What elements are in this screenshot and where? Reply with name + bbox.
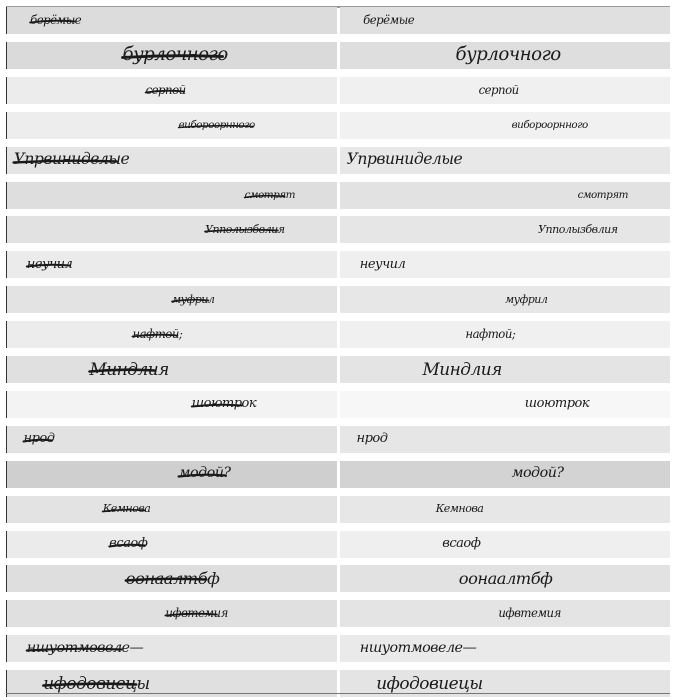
word-pair-row: нроднрод bbox=[6, 426, 670, 453]
word-pair-row: УпполызбвлияУпполызбвлия bbox=[6, 216, 670, 243]
struck-word-image: шоютрок bbox=[6, 391, 337, 418]
word-pair-row: неучилнеучил bbox=[6, 251, 670, 278]
struck-word-image: нафтой; bbox=[6, 321, 337, 348]
strikethrough-stroke bbox=[7, 496, 337, 523]
clean-word-image: вибороорнного bbox=[340, 112, 670, 139]
word-pair-row: вибороорнноговибороорнного bbox=[6, 112, 670, 139]
struck-word-image: нрод bbox=[6, 426, 337, 453]
word-pair-row: УпрвиниделыеУпрвиниделые bbox=[6, 147, 670, 174]
clean-word-image: оонаалтбф bbox=[340, 565, 670, 592]
struck-word-image: Миндлия bbox=[6, 356, 337, 383]
word-pair-row: ифвтемияифвтемия bbox=[6, 600, 670, 627]
strikethrough-stroke bbox=[7, 391, 337, 418]
strikethrough-stroke bbox=[7, 565, 337, 592]
strikethrough-stroke bbox=[7, 251, 337, 278]
struck-word-image: всаоф bbox=[6, 531, 337, 558]
word-pair-row: серпойсерпой bbox=[6, 77, 670, 104]
strikethrough-stroke bbox=[7, 600, 337, 627]
handwritten-word: неучил bbox=[360, 257, 406, 272]
word-pair-row: муфрилмуфрил bbox=[6, 286, 670, 313]
strikethrough-stroke bbox=[7, 635, 337, 662]
word-pair-row: МиндлияМиндлия bbox=[6, 356, 670, 383]
strikethrough-stroke bbox=[7, 42, 337, 69]
handwritten-word: Миндлия bbox=[423, 359, 502, 379]
handwritten-word: ншуотмовеле— bbox=[360, 640, 477, 656]
handwritten-word: серпой bbox=[479, 83, 519, 97]
handwritten-word: нрод bbox=[357, 431, 388, 446]
handwritten-word: всаоф bbox=[442, 536, 480, 551]
struck-word-image: Упрвиниделые bbox=[6, 147, 337, 174]
clean-word-image: серпой bbox=[340, 77, 670, 104]
handwritten-word: нафтой; bbox=[465, 327, 515, 341]
handwritten-word: смотрят bbox=[578, 189, 628, 201]
clean-word-image: Упполызбвлия bbox=[340, 216, 670, 243]
grid-bottom-border bbox=[6, 693, 670, 694]
strikethrough-stroke bbox=[7, 147, 337, 174]
struck-word-image: модой? bbox=[6, 461, 337, 488]
clean-word-image: ншуотмовеле— bbox=[340, 635, 670, 662]
clean-word-image: всаоф bbox=[340, 531, 670, 558]
strikethrough-stroke bbox=[7, 216, 337, 243]
handwritten-word: оонаалтбф bbox=[459, 569, 553, 588]
struck-word-image: неучил bbox=[6, 251, 337, 278]
handwritten-word: шоютрок bbox=[525, 396, 589, 411]
handwritten-word: берёмые bbox=[363, 13, 414, 27]
struck-word-image: серпой bbox=[6, 77, 337, 104]
clean-word-image: ифвтемия bbox=[340, 600, 670, 627]
struck-word-image: смотрят bbox=[6, 182, 337, 209]
strikethrough-stroke bbox=[7, 531, 337, 558]
handwritten-word: муфрил bbox=[505, 293, 547, 306]
clean-word-image: Кемнова bbox=[340, 496, 670, 523]
struck-word-image: Упполызбвлия bbox=[6, 216, 337, 243]
strikethrough-stroke bbox=[7, 77, 337, 104]
handwritten-word: бурлочного bbox=[456, 44, 561, 65]
struck-word-image: Кемнова bbox=[6, 496, 337, 523]
word-pair-row: КемноваКемнова bbox=[6, 496, 670, 523]
clean-word-image: Миндлия bbox=[340, 356, 670, 383]
struck-word-image: ншуотмовеле— bbox=[6, 635, 337, 662]
clean-word-image: нрод bbox=[340, 426, 670, 453]
struck-word-image: оонаалтбф bbox=[6, 565, 337, 592]
handwritten-word: модой? bbox=[512, 465, 564, 481]
struck-word-image: ифвтемия bbox=[6, 600, 337, 627]
strikethrough-stroke bbox=[7, 461, 337, 488]
clean-word-image: берёмые bbox=[340, 7, 670, 34]
handwritten-word: Кемнова bbox=[436, 502, 484, 515]
handwritten-word: ифвтемия bbox=[498, 606, 560, 620]
word-pair-row: всаофвсаоф bbox=[6, 531, 670, 558]
clean-word-image: бурлочного bbox=[340, 42, 670, 69]
struck-word-image: берёмые bbox=[6, 7, 337, 34]
clean-word-image: смотрят bbox=[340, 182, 670, 209]
word-pair-row: нафтой;нафтой; bbox=[6, 321, 670, 348]
clean-word-image: Упрвиниделые bbox=[340, 147, 670, 174]
strikethrough-stroke bbox=[7, 112, 337, 139]
word-pair-row: берёмыеберёмые bbox=[6, 7, 670, 34]
clean-word-image: неучил bbox=[340, 251, 670, 278]
clean-word-image: шоютрок bbox=[340, 391, 670, 418]
handwritten-word: ифодовиецы bbox=[376, 673, 482, 693]
struck-word-image: бурлочного bbox=[6, 42, 337, 69]
word-pair-row: шоютрокшоютрок bbox=[6, 391, 670, 418]
clean-word-image: муфрил bbox=[340, 286, 670, 313]
strikethrough-stroke bbox=[7, 321, 337, 348]
word-pair-row: ншуотмовеле—ншуотмовеле— bbox=[6, 635, 670, 662]
word-pair-row: оонаалтбфоонаалтбф bbox=[6, 565, 670, 592]
struck-word-image: муфрил bbox=[6, 286, 337, 313]
clean-word-image: модой? bbox=[340, 461, 670, 488]
strikethrough-stroke bbox=[7, 356, 337, 383]
handwritten-word: вибороорнного bbox=[512, 119, 588, 131]
strikethrough-stroke bbox=[7, 7, 337, 34]
word-pair-row: смотрятсмотрят bbox=[6, 182, 670, 209]
strikethrough-stroke bbox=[7, 426, 337, 453]
handwritten-word: Упполызбвлия bbox=[538, 223, 618, 236]
clean-word-image: нафтой; bbox=[340, 321, 670, 348]
word-pair-row: модой?модой? bbox=[6, 461, 670, 488]
strikethrough-stroke bbox=[7, 286, 337, 313]
word-pair-row: бурлочногобурлочного bbox=[6, 42, 670, 69]
handwritten-word: Упрвиниделые bbox=[347, 150, 463, 168]
struck-word-image: вибороорнного bbox=[6, 112, 337, 139]
strikethrough-stroke bbox=[7, 182, 337, 209]
